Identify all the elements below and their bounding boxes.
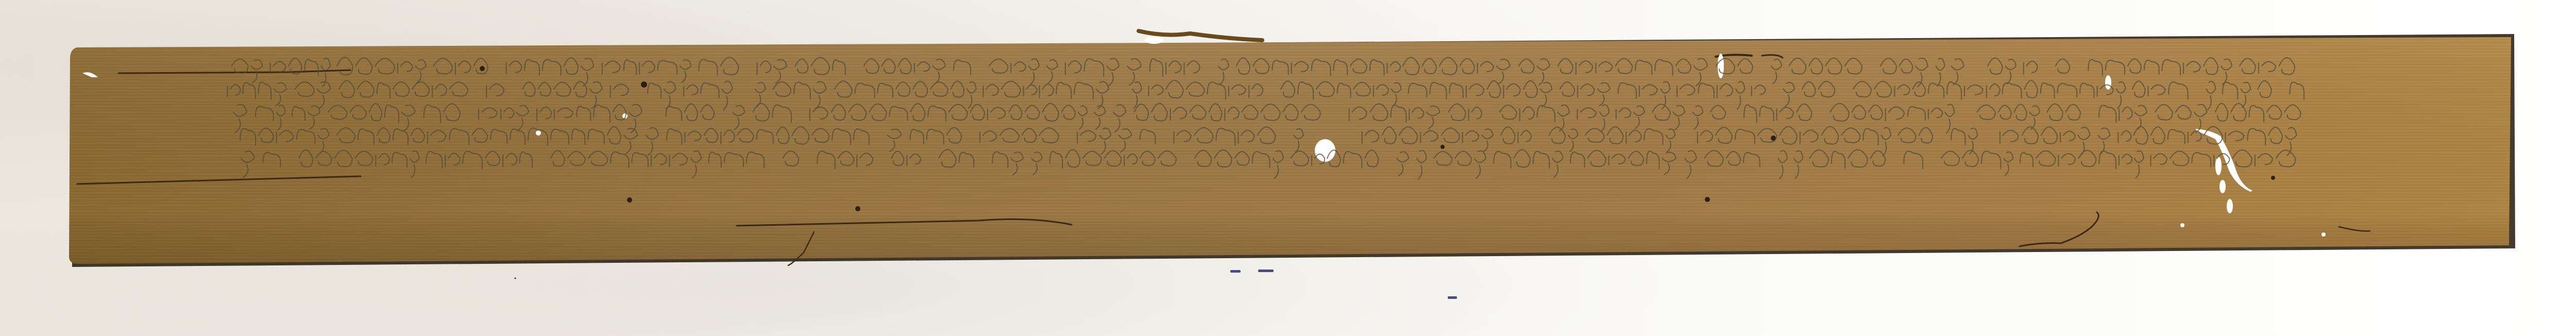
worm-hole-tear [1718, 54, 1724, 78]
pin-hole [536, 130, 541, 136]
worm-hole-top [1145, 37, 1163, 44]
worm-hole-chain-1 [2215, 157, 2222, 175]
palm-leaf-manuscript [0, 0, 2576, 336]
pin-hole [2180, 223, 2184, 227]
worm-hole-chain-2 [2219, 180, 2226, 193]
worm-hole-chain-3 [2227, 199, 2233, 213]
pin-hole [2321, 232, 2326, 237]
leaf-shading [69, 37, 2511, 264]
blue-ink-marks [1230, 270, 1457, 299]
worm-hole-small [2105, 75, 2111, 90]
